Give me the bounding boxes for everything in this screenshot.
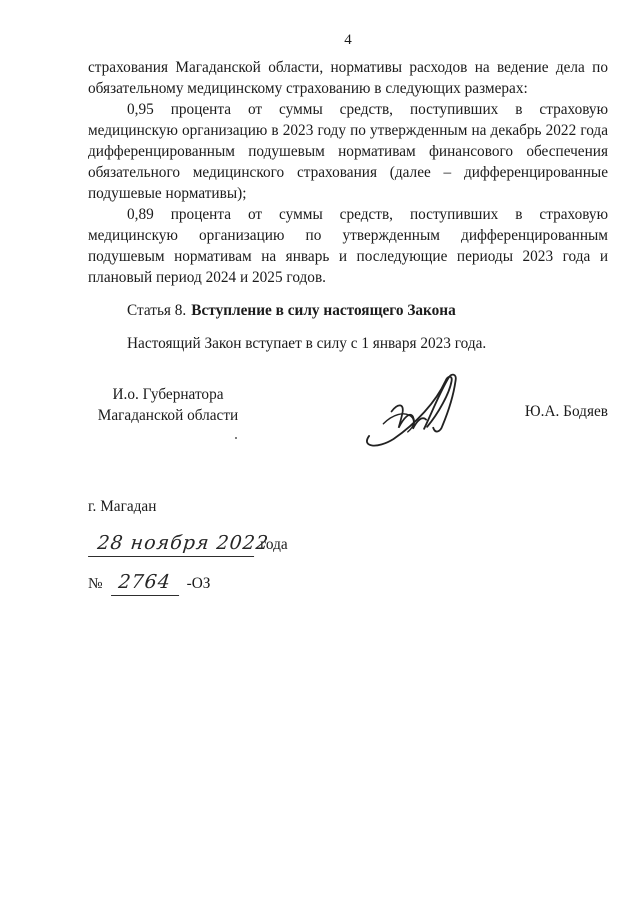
handwritten-date: 28 ноября 2022 bbox=[88, 530, 257, 557]
document-page: 4 страхования Магаданской области, норма… bbox=[0, 0, 640, 905]
scan-speck bbox=[235, 437, 237, 439]
article-label: Статья 8. bbox=[127, 302, 186, 319]
date-line: 28 ноября 2022года bbox=[88, 530, 608, 558]
city-line: г. Магадан bbox=[88, 496, 608, 517]
signatory-role: И.о. Губернатора Магаданской области bbox=[88, 384, 248, 426]
page-number: 4 bbox=[88, 30, 608, 51]
paragraph-095-percent: 0,95 процента от суммы средств, поступив… bbox=[88, 99, 608, 204]
effective-date-clause: Настоящий Закон вступает в силу с 1 янва… bbox=[88, 333, 608, 354]
number-sign: № bbox=[88, 575, 103, 592]
handwritten-number: 2764 bbox=[111, 569, 182, 596]
body-text: страхования Магаданской области, нормати… bbox=[88, 57, 608, 288]
signatory-role-line2: Магаданской области bbox=[88, 405, 248, 426]
signatory-role-line1: И.о. Губернатора bbox=[88, 384, 248, 405]
number-suffix: -ОЗ bbox=[187, 575, 211, 592]
signatory-name: Ю.А. Бодяев bbox=[525, 401, 608, 422]
article-8-heading: Статья 8.Вступление в силу настоящего За… bbox=[88, 300, 608, 321]
signature-block: И.о. Губернатора Магаданской области Ю.А… bbox=[88, 384, 608, 462]
paragraph-continuation: страхования Магаданской области, нормати… bbox=[88, 57, 608, 99]
article-title: Вступление в силу настоящего Закона bbox=[191, 302, 456, 319]
signature-icon bbox=[363, 372, 475, 450]
paragraph-089-percent: 0,89 процента от суммы средств, поступив… bbox=[88, 204, 608, 288]
number-line: №2764-ОЗ bbox=[88, 569, 608, 597]
page-content: 4 страхования Магаданской области, норма… bbox=[88, 30, 608, 597]
